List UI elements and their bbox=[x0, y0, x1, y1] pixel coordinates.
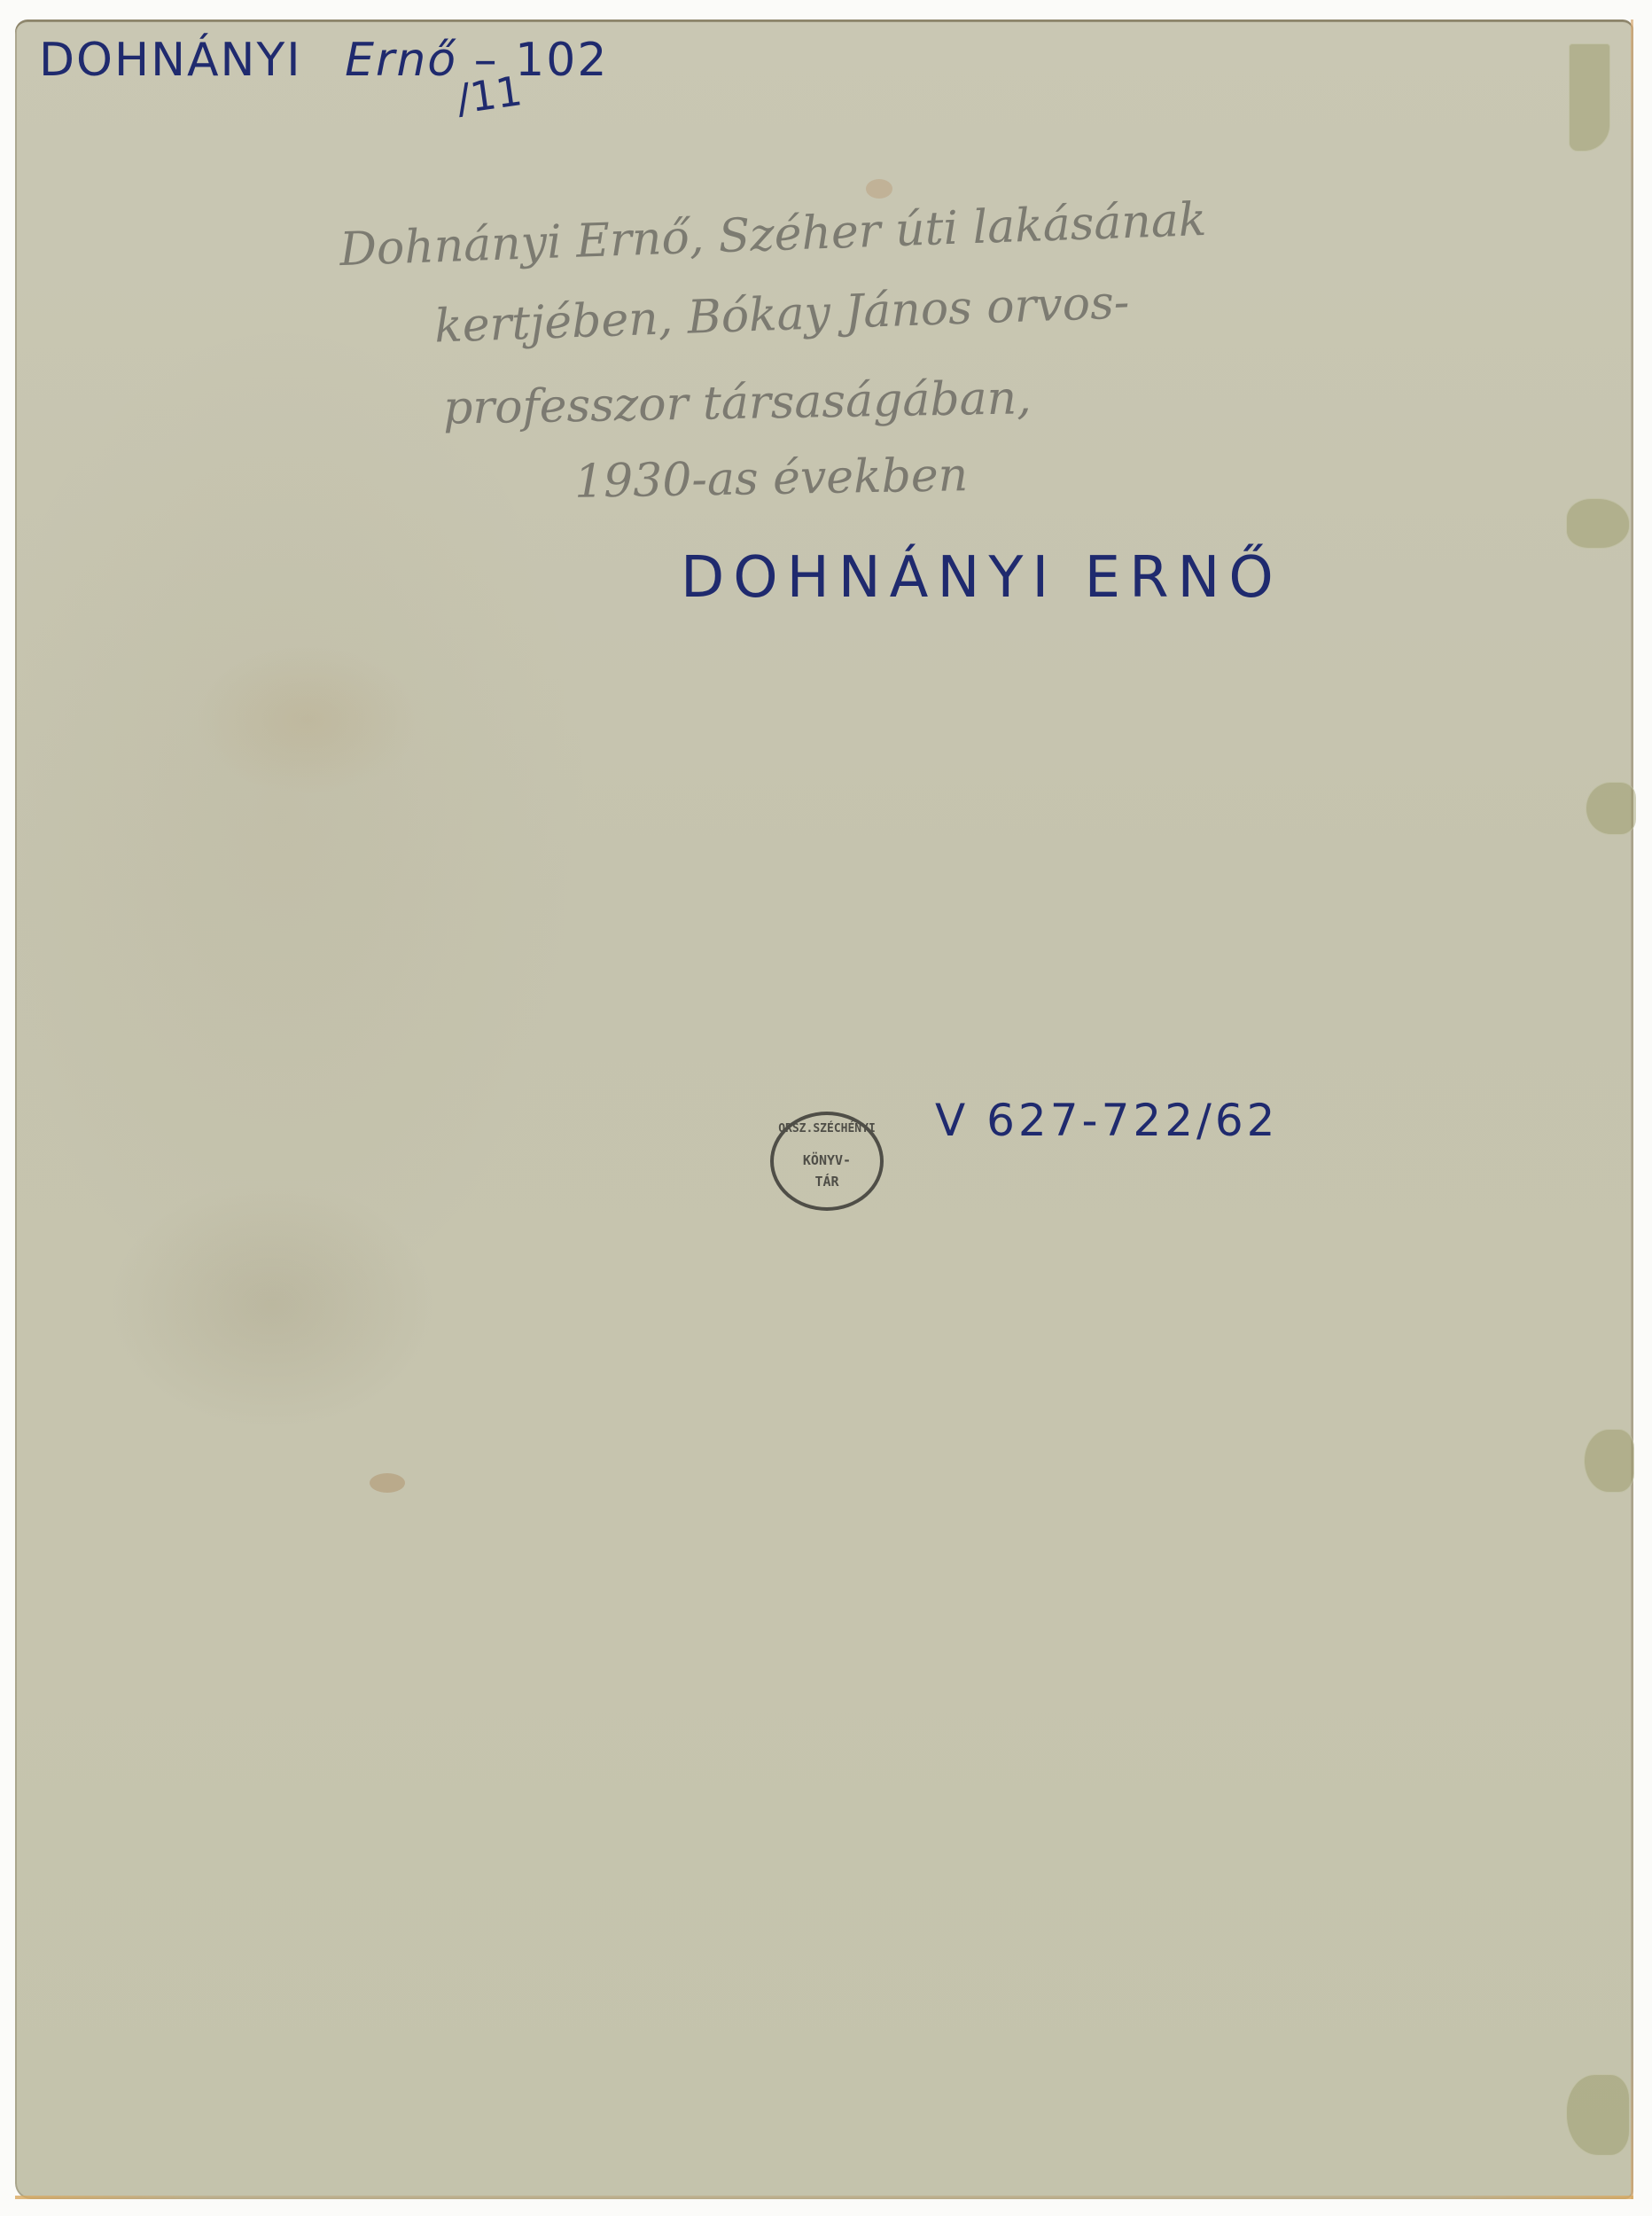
tape-residue-right-1 bbox=[1566, 498, 1630, 549]
label-surname: DOHNÁNYI bbox=[39, 34, 302, 87]
tape-residue-right-2 bbox=[1586, 782, 1636, 835]
label-given-name: Ernő bbox=[345, 34, 457, 87]
top-catalog-label: DOHNÁNYI Ernő – 102 bbox=[39, 34, 608, 87]
stamp-line-2: TÁR bbox=[774, 1174, 880, 1190]
stamp-line-1: KÖNYV- bbox=[774, 1152, 880, 1168]
name-label: DOHNÁNYI ERNŐ bbox=[681, 545, 1282, 611]
pencil-caption-line-4: 1930-as években bbox=[574, 449, 969, 509]
tape-residue-right-3 bbox=[1584, 1429, 1634, 1493]
library-stamp: ORSZ.SZÉCHÉNYI KÖNYV- TÁR bbox=[770, 1112, 884, 1211]
label-slash-number: /11 bbox=[454, 66, 526, 123]
stamp-arc-text: ORSZ.SZÉCHÉNYI bbox=[774, 1122, 880, 1135]
catalog-number: V 627-722/62 bbox=[935, 1095, 1278, 1146]
card-edge-bottom bbox=[15, 2196, 1633, 2199]
tape-residue-top-right bbox=[1569, 43, 1610, 152]
tape-residue-bottom-right bbox=[1566, 2074, 1630, 2156]
stain-spot bbox=[866, 179, 892, 199]
pencil-caption-line-3: professzor társaságában, bbox=[443, 371, 1032, 435]
photo-card-verso bbox=[15, 20, 1633, 2199]
card-edge-right bbox=[1631, 20, 1633, 2199]
stain-spot bbox=[370, 1473, 405, 1493]
top-label-fraction: /11 bbox=[454, 66, 526, 123]
label-number: 102 bbox=[515, 34, 608, 87]
